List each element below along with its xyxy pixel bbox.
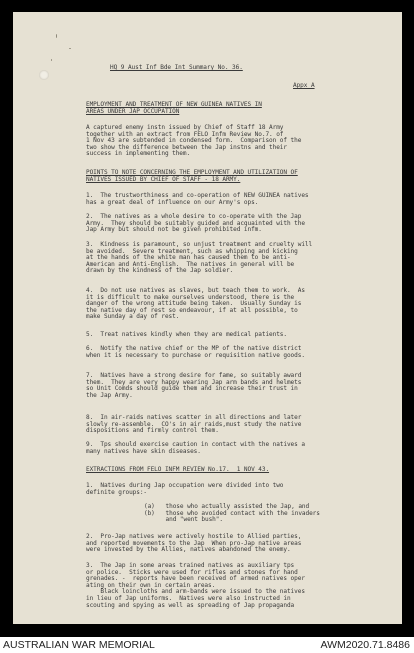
numbered-paragraph: when it is necessary to purchase or requ… — [86, 353, 305, 360]
punch-hole — [39, 70, 49, 80]
intro-paragraph: success in implementing them. — [86, 151, 190, 158]
footer-accession-number: AWM2020.71.8486 — [320, 639, 410, 651]
numbered-paragraph: many natives have skin diseases. — [86, 449, 201, 456]
speck — [56, 34, 57, 38]
numbered-paragraph: has a great deal of influence on our Arm… — [86, 200, 258, 207]
section-title: EXTRACTIONS FROM FELO INFM REVIEW No.17.… — [86, 467, 269, 474]
speck — [51, 59, 52, 61]
document-title: AREAS UNDER JAP OCCUPATION — [86, 109, 179, 116]
footer-bar: AUSTRALIAN WAR MEMORIAL AWM2020.71.8486 — [0, 637, 414, 653]
speck — [69, 48, 71, 49]
appendix-label: Appx A — [293, 83, 315, 90]
numbered-paragraph: scouting and spying as well as spreading… — [86, 603, 294, 610]
document-header: HQ 9 Aust Inf Bde Int Summary No. 36. — [110, 65, 243, 72]
numbered-paragraph: were invested by the Allies, natives aba… — [86, 547, 291, 554]
numbered-paragraph: the Jap Army. — [86, 393, 133, 400]
numbered-paragraph: make Sunday a day of rest. — [86, 314, 179, 321]
footer-institution: AUSTRALIAN WAR MEMORIAL — [3, 639, 155, 651]
section-title: NATIVES ISSUED BY CHIEF OF STAFF - 18 AR… — [86, 177, 240, 184]
numbered-paragraph: drawn by the kindness of the Jap soldier… — [86, 268, 233, 275]
numbered-paragraph: 5. Treat natives kindly when they are me… — [86, 332, 287, 339]
numbered-paragraph: and "went bush". — [144, 517, 223, 524]
numbered-paragraph: dispositions and firmly control them. — [86, 428, 219, 435]
document-page: HQ 9 Aust Inf Bde Int Summary No. 36.App… — [13, 12, 402, 624]
numbered-paragraph: Jap Army but should not be given prohibi… — [86, 227, 262, 234]
numbered-paragraph: definite groups:- — [86, 490, 147, 497]
